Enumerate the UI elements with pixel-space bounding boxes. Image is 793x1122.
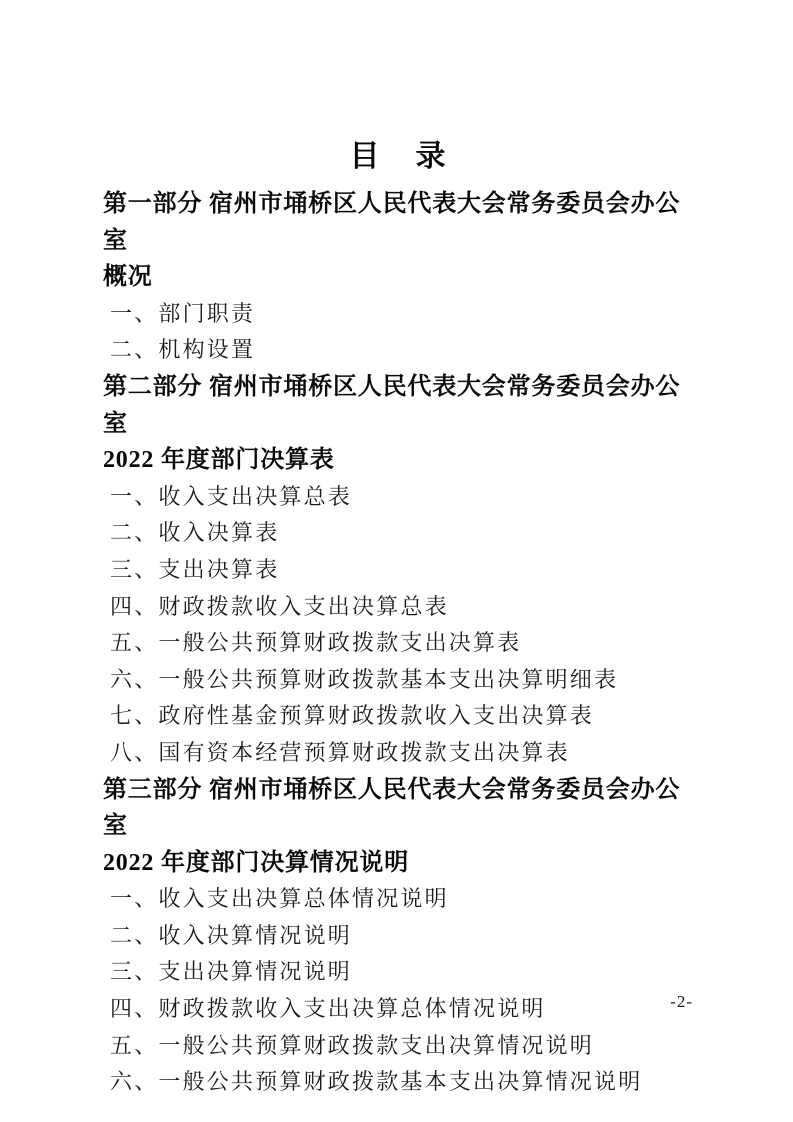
toc-section-1: 第一部分 宿州市埇桥区人民代表大会常务委员会办公室 概况 一、部门职责 二、机构… <box>103 186 695 369</box>
toc-item: 六、一般公共预算财政拨款基本支出决算情况说明 <box>103 1064 695 1101</box>
toc-item: 八、国有资本经营预算财政拨款支出决算表 <box>103 735 695 772</box>
toc-item: 三、支出决算情况说明 <box>103 954 695 991</box>
page-number: -2- <box>670 992 693 1012</box>
section-heading-line: 2022 年度部门决算表 <box>103 442 695 479</box>
toc-section-3: 第三部分 宿州市埇桥区人民代表大会常务委员会办公室 2022 年度部门决算情况说… <box>103 772 695 1101</box>
toc-item: 六、一般公共预算财政拨款基本支出决算明细表 <box>103 662 695 699</box>
section-heading-line: 第三部分 宿州市埇桥区人民代表大会常务委员会办公室 <box>103 772 695 845</box>
toc-item: 四、财政拨款收入支出决算总体情况说明 <box>103 991 695 1028</box>
toc-item: 一、部门职责 <box>103 296 695 333</box>
section-heading-line: 第二部分 宿州市埇桥区人民代表大会常务委员会办公室 <box>103 369 695 442</box>
toc-item: 二、收入决算情况说明 <box>103 918 695 955</box>
toc-item: 一、收入支出决算总表 <box>103 479 695 516</box>
page-title: 目 录 <box>103 136 695 178</box>
toc-item: 三、支出决算表 <box>103 552 695 589</box>
toc-item: 二、收入决算表 <box>103 515 695 552</box>
toc-section-2: 第二部分 宿州市埇桥区人民代表大会常务委员会办公室 2022 年度部门决算表 一… <box>103 369 695 772</box>
section-heading-line: 2022 年度部门决算情况说明 <box>103 845 695 882</box>
section-heading-line: 第一部分 宿州市埇桥区人民代表大会常务委员会办公室 <box>103 186 695 259</box>
toc-item: 五、一般公共预算财政拨款支出决算表 <box>103 625 695 662</box>
table-of-contents: 目 录 第一部分 宿州市埇桥区人民代表大会常务委员会办公室 概况 一、部门职责 … <box>103 136 695 1101</box>
toc-item: 四、财政拨款收入支出决算总表 <box>103 589 695 626</box>
section-heading-line: 概况 <box>103 259 695 296</box>
toc-item: 二、机构设置 <box>103 332 695 369</box>
toc-item: 五、一般公共预算财政拨款支出决算情况说明 <box>103 1028 695 1065</box>
toc-item: 一、收入支出决算总体情况说明 <box>103 881 695 918</box>
toc-item: 七、政府性基金预算财政拨款收入支出决算表 <box>103 698 695 735</box>
document-page: 目 录 第一部分 宿州市埇桥区人民代表大会常务委员会办公室 概况 一、部门职责 … <box>0 0 793 1122</box>
